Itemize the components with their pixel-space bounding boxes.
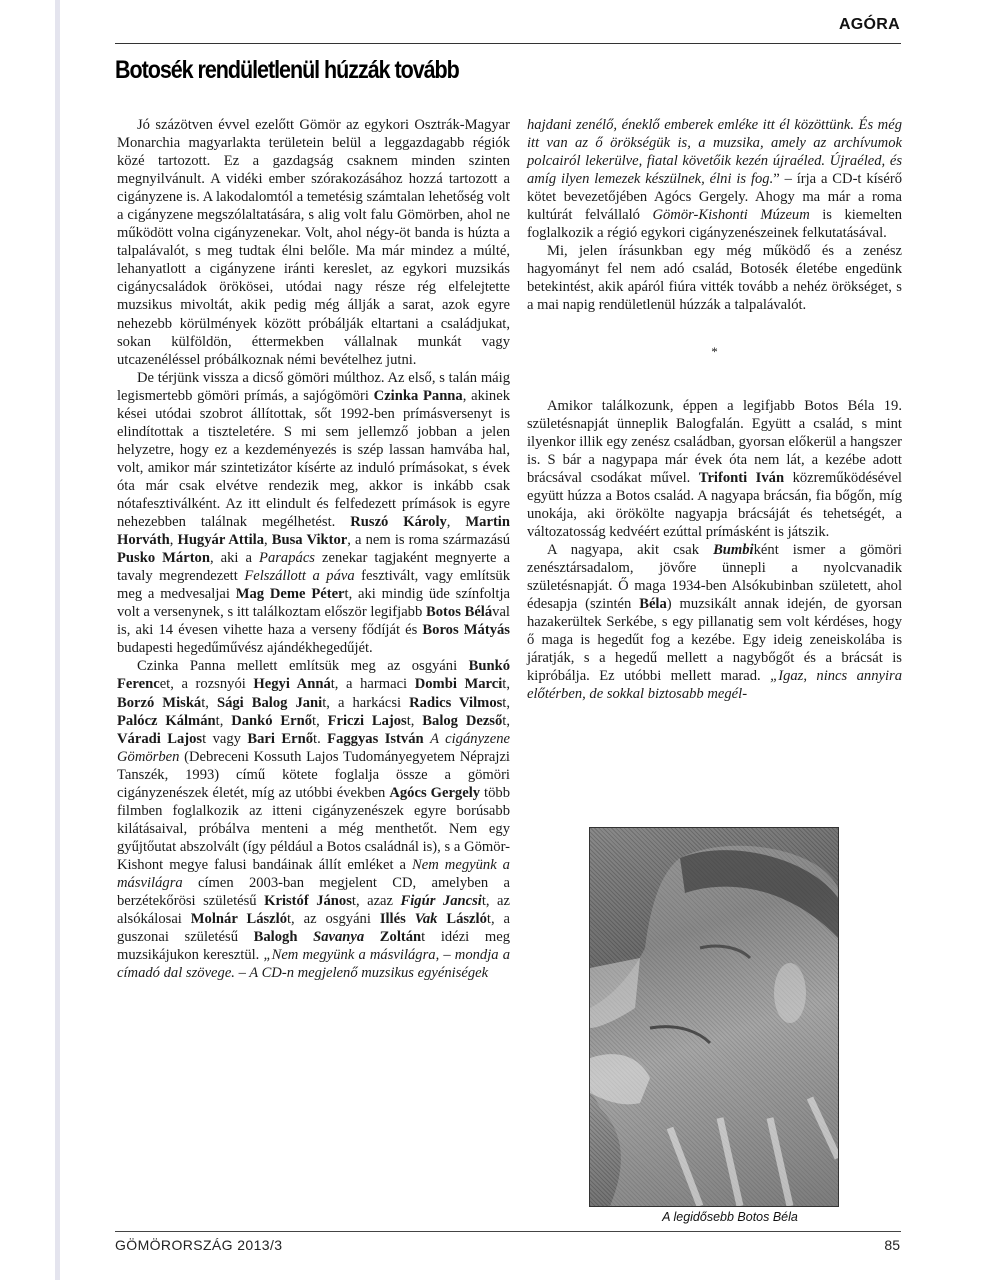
text-run: t, a harmaci: [331, 676, 415, 692]
text-run: A nagyapa, akit csak: [547, 542, 713, 558]
paragraph: De térjünk vissza a dicső gömöri múlthoz…: [117, 369, 510, 658]
name-highlight: Molnár László: [191, 911, 287, 927]
text-run: t,: [312, 713, 328, 729]
text-run: , akinek kései utódai szobrot állítottak…: [117, 388, 510, 530]
footer-rule: [115, 1231, 901, 1232]
italic-text: Gömör-Kishonti Múzeum: [652, 207, 809, 223]
portrait-image-icon: [590, 828, 838, 1206]
name-highlight: Béla: [639, 596, 667, 612]
text-run: t,: [216, 713, 232, 729]
section-separator: *: [527, 343, 902, 361]
name-highlight: Kristóf János: [264, 893, 352, 909]
section-label: AGÓRA: [839, 16, 900, 34]
paragraph: Jó százötven évvel ezelőtt Gömör az egyk…: [117, 116, 510, 369]
text-run: , a nem is roma származású: [347, 532, 510, 548]
name-highlight: Balog Dezső: [422, 713, 502, 729]
name-highlight: Bumbi: [713, 542, 754, 558]
text-run: Czinka Panna mellett említsük meg az osg…: [137, 658, 469, 674]
paragraph: hajdani zenélő, éneklő emberek emléke it…: [527, 116, 902, 242]
paragraph: A nagyapa, akit csak Bumbiként ismer a g…: [527, 541, 902, 703]
name-highlight: László: [437, 911, 486, 927]
name-highlight: Friczi Lajos: [328, 713, 407, 729]
publication-issue: GÖMÖRORSZÁG 2013/3: [115, 1237, 282, 1253]
name-highlight: Bari Ernő: [247, 731, 313, 747]
name-highlight: Balogh: [254, 929, 313, 945]
name-highlight: Ruszó Károly: [350, 514, 447, 530]
text-run: t,: [502, 676, 510, 692]
name-highlight: Zoltán: [364, 929, 421, 945]
name-highlight: Sági Balog Jani: [217, 695, 322, 711]
name-highlight: Borzó Miská: [117, 695, 201, 711]
text-run: t, az osgyáni: [287, 911, 380, 927]
name-highlight: Savanya: [313, 929, 364, 945]
italic-text: Felszállott a páva: [244, 568, 354, 584]
text-run: , aki a: [210, 550, 259, 566]
text-run: Mi, jelen írásunkban egy még működő és a…: [527, 243, 902, 313]
name-highlight: Faggyas István: [327, 731, 423, 747]
text-run: t, azaz: [352, 893, 401, 909]
name-highlight: Palócz Kálmán: [117, 713, 216, 729]
text-run: ,: [447, 514, 466, 530]
name-highlight: Botos Bélá: [426, 604, 492, 620]
text-run: t vagy: [202, 731, 247, 747]
text-run: budapesti hegedűművész ajándékhegedűjét.: [117, 640, 373, 656]
name-highlight: Czinka Panna: [374, 388, 463, 404]
text-run: t, a harkácsi: [322, 695, 409, 711]
text-run: t,: [407, 713, 423, 729]
paragraph: Mi, jelen írásunkban egy még működő és a…: [527, 242, 902, 314]
name-highlight: Vak: [415, 911, 438, 927]
text-run: Jó százötven évvel ezelőtt Gömör az egyk…: [117, 117, 510, 368]
portrait-photo: [589, 827, 839, 1207]
name-highlight: Dankó Ernő: [231, 713, 312, 729]
text-run: ,: [264, 532, 272, 548]
name-highlight: Agócs Gergely: [389, 785, 480, 801]
page-number: 85: [884, 1237, 900, 1253]
article-column-left: Jó százötven évvel ezelőtt Gömör az egyk…: [117, 116, 510, 982]
name-highlight: Pusko Márton: [117, 550, 210, 566]
text-run: t.: [313, 731, 327, 747]
article-title: Botosék rendületlenül húzzák tovább: [115, 56, 459, 85]
paragraph: Amikor találkozunk, éppen a legifjabb Bo…: [527, 397, 902, 541]
italic-text: Parapács: [259, 550, 315, 566]
name-highlight: Mag Deme Péter: [236, 586, 345, 602]
name-highlight: Boros Mátyás: [422, 622, 510, 638]
name-highlight: Váradi Lajos: [117, 731, 202, 747]
name-highlight: Illés: [380, 911, 415, 927]
text-run: et, a rozsnyói: [160, 676, 254, 692]
name-highlight: Radics Vilmos: [409, 695, 502, 711]
name-highlight: Hegyi Anná: [253, 676, 330, 692]
name-highlight: Hugyár Attila: [177, 532, 264, 548]
text-run: t,: [502, 713, 510, 729]
name-highlight: Figúr Jancsi: [401, 893, 482, 909]
page-binding-edge: [55, 0, 60, 1280]
name-highlight: Trifonti Iván: [699, 470, 784, 486]
text-run: t,: [201, 695, 217, 711]
text-run: t,: [502, 695, 510, 711]
paragraph: Czinka Panna mellett említsük meg az osg…: [117, 657, 510, 982]
name-highlight: Busa Viktor: [272, 532, 347, 548]
name-highlight: Dombi Marci: [415, 676, 503, 692]
header-rule: [115, 43, 901, 44]
photo-caption: A legidősebb Botos Béla: [560, 1210, 900, 1224]
article-column-right: hajdani zenélő, éneklő emberek emléke it…: [527, 116, 902, 703]
